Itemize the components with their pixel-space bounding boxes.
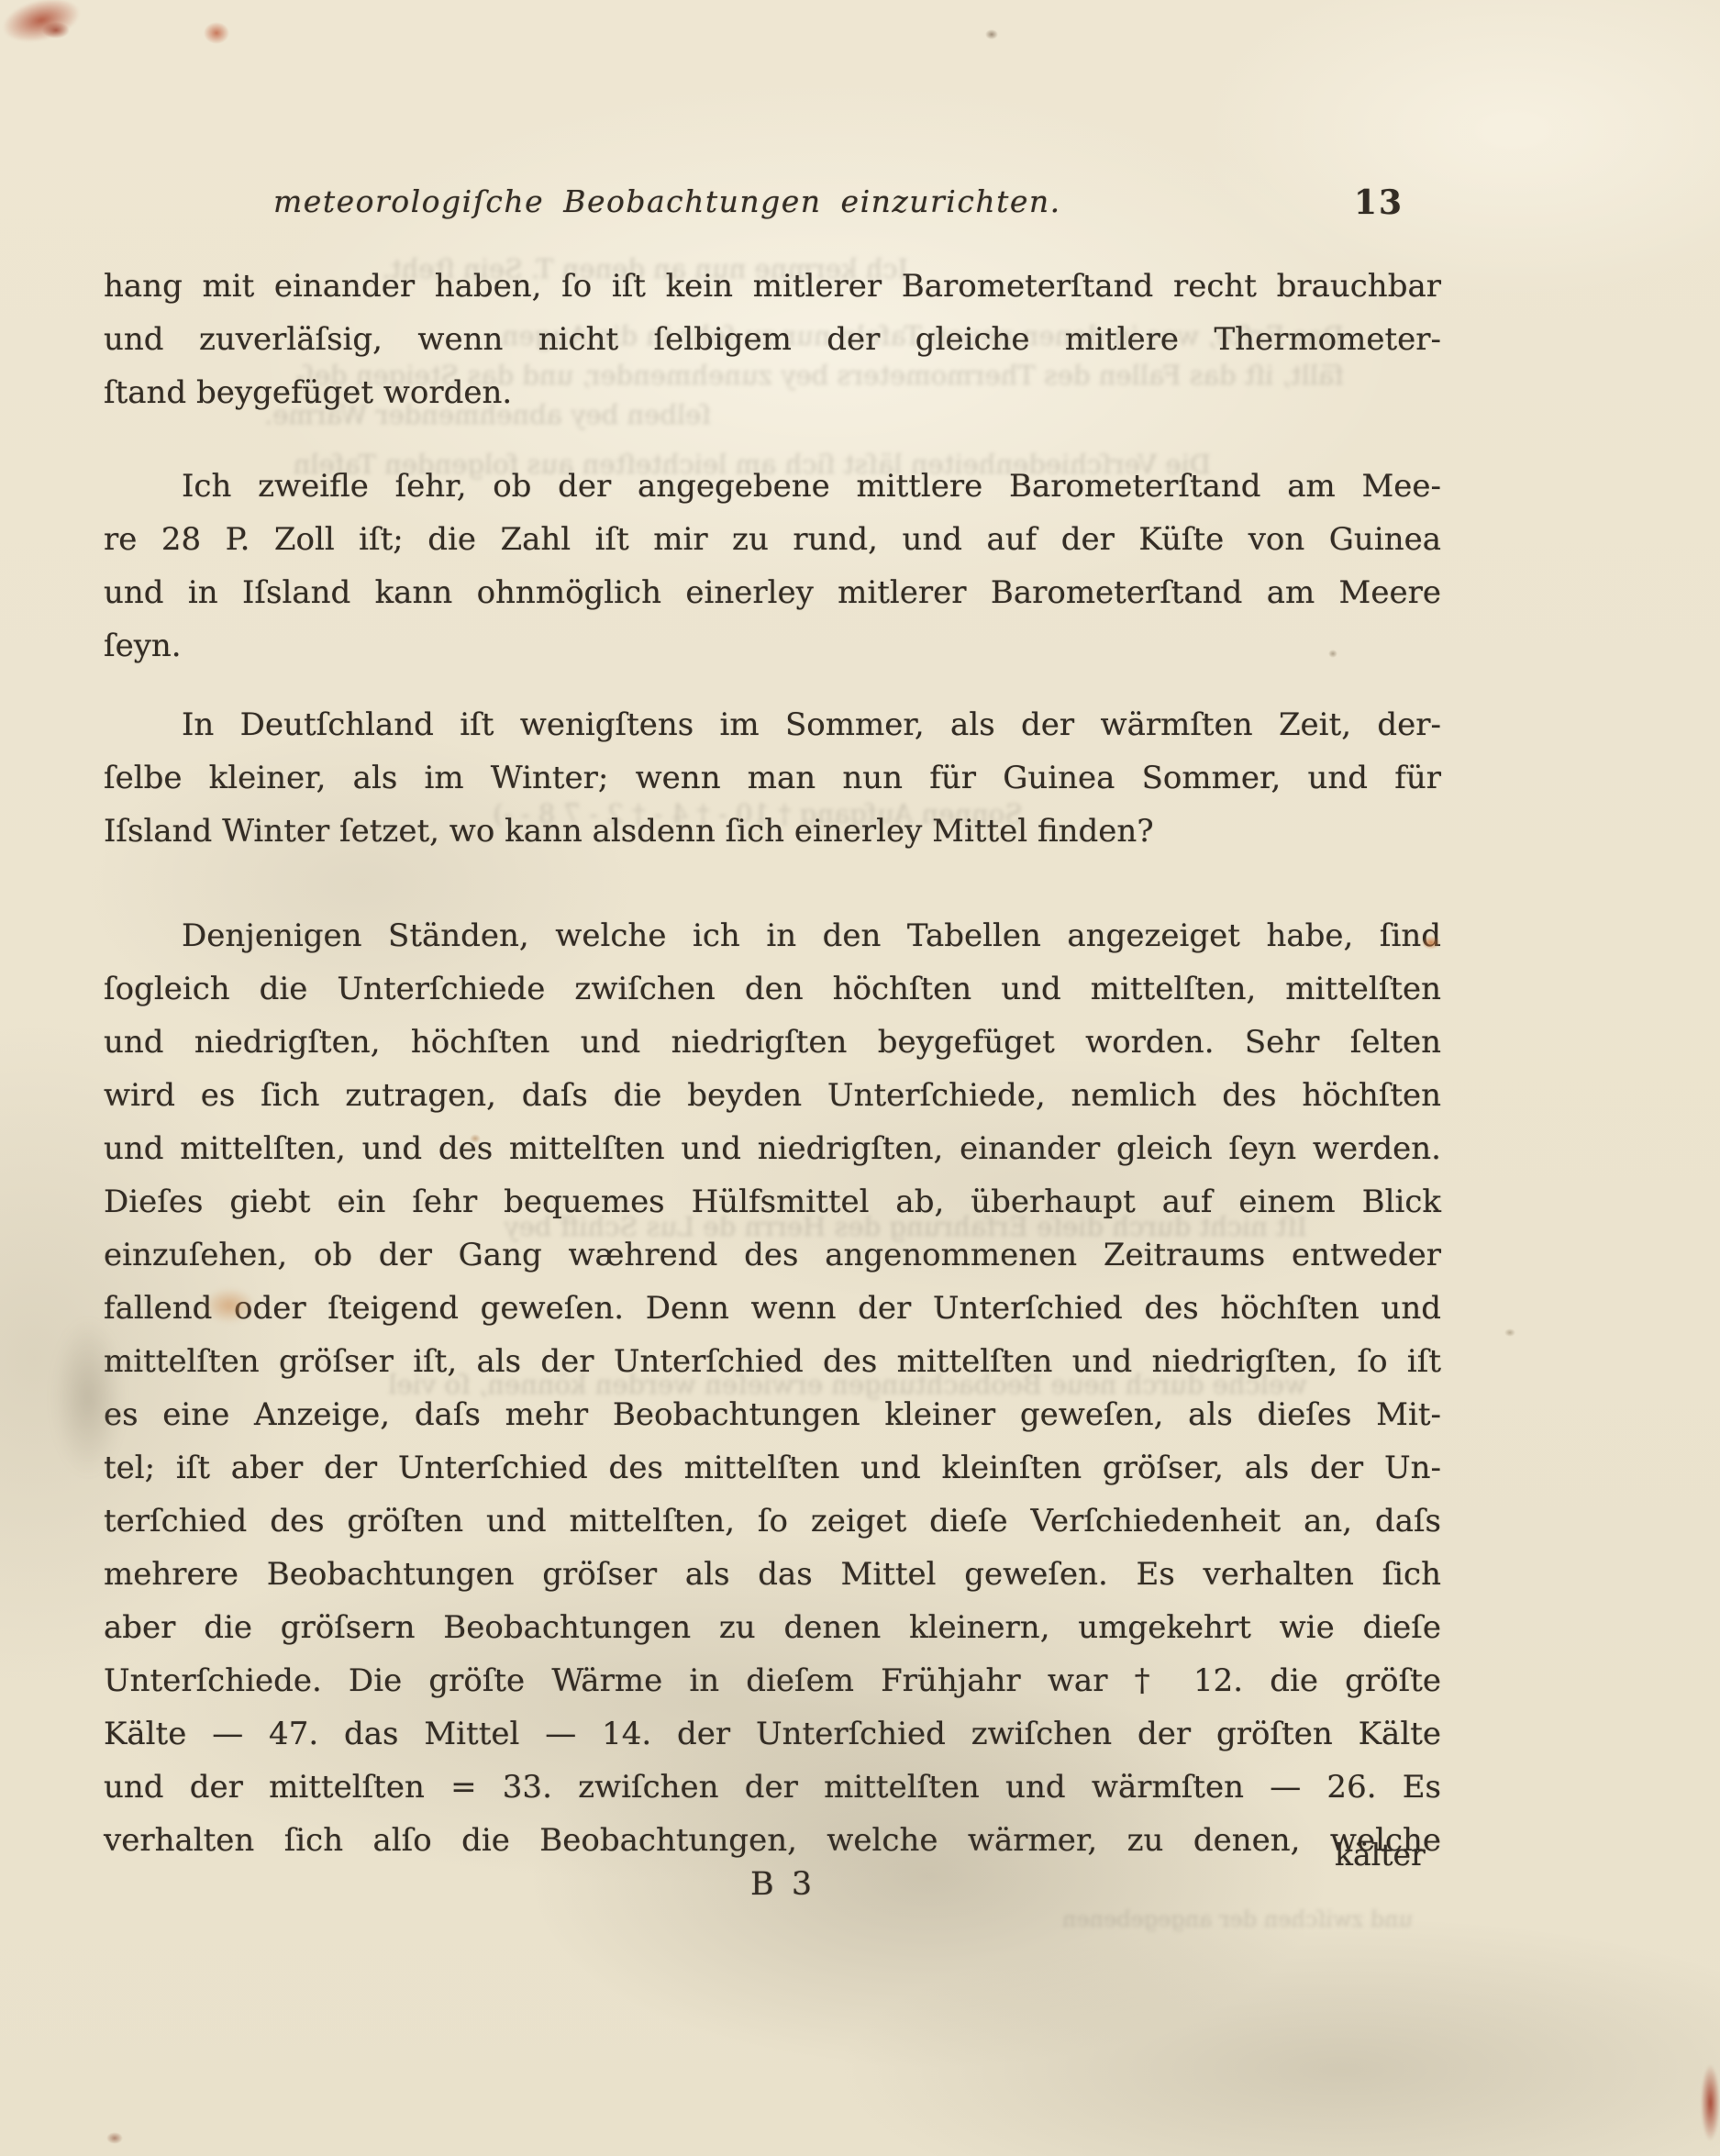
text-line: re 28 P. Zoll iſt; die Zahl iſt mir zu r…	[104, 513, 1441, 566]
text-line: tel; iſt aber der Unterſchied des mittel…	[104, 1441, 1441, 1495]
running-header: meteorologiſche Beobachtungen einzuricht…	[273, 183, 1099, 219]
stain	[42, 22, 70, 39]
text-line: In Deutſchland iſt wenigſtens im Sommer,…	[104, 698, 1441, 751]
catchword: kälter	[1335, 1837, 1445, 1873]
text-line: einzuſehen, ob der Gang wæhrend des ange…	[104, 1228, 1441, 1282]
text-line: Dieſes giebt ein ſehr bequemes Hülfsmitt…	[104, 1175, 1441, 1228]
bleedthrough-text: und zwiſchen der angegebenen	[936, 1906, 1413, 1932]
signature-mark: B 3	[750, 1866, 816, 1903]
stain	[1422, 936, 1440, 950]
text-line: mehrere Beobachtungen gröſser als das Mi…	[104, 1548, 1441, 1601]
text-line: hang mit einander haben, ſo iſt kein mit…	[104, 260, 1441, 313]
text-line: und zuverläſsig, wenn nicht ſelbigem der…	[104, 313, 1441, 366]
paragraph: hang mit einander haben, ſo iſt kein mit…	[104, 260, 1441, 419]
stain	[1328, 650, 1337, 658]
stain	[470, 1134, 481, 1143]
text-line: ſelbe kleiner, als im Winter; wenn man n…	[104, 751, 1441, 805]
page-number: 13	[1354, 183, 1404, 222]
text-line: Iſsland Winter ſetzet, wo kann alsdenn ſ…	[104, 805, 1441, 858]
stain	[985, 29, 998, 39]
text-line: fallend oder ſteigend geweſen. Denn wenn…	[104, 1282, 1441, 1335]
paragraph: Ich zweifle ſehr, ob der angegebene mitt…	[104, 460, 1441, 672]
text-line: Ich zweifle ſehr, ob der angegebene mitt…	[104, 460, 1441, 513]
stain	[0, 0, 84, 50]
text-line: verhalten ſich alſo die Beobachtungen, w…	[104, 1814, 1441, 1867]
stain	[106, 2132, 123, 2144]
stain	[204, 22, 229, 44]
text-line: terſchied des gröſten und mittelſten, ſo…	[104, 1495, 1441, 1548]
stain	[1701, 2064, 1720, 2141]
text-line: Denjenigen Ständen, welche ich in den Ta…	[104, 909, 1441, 962]
stain	[53, 1319, 123, 1475]
text-line: und in Iſsland kann ohnmöglich einerley …	[104, 566, 1441, 619]
text-line: und der mittelſten = 33. zwiſchen der mi…	[104, 1761, 1441, 1814]
text-line: und mittelſten, und des mittelſten und n…	[104, 1122, 1441, 1175]
text-line: es eine Anzeige, daſs mehr Beobachtungen…	[104, 1388, 1441, 1441]
paragraph: In Deutſchland iſt wenigſtens im Sommer,…	[104, 698, 1441, 858]
scanned-book-page: Ich kermne nun an denen T. Sein ſteht. D…	[0, 0, 1720, 2156]
text-line: ſeyn.	[104, 619, 1441, 672]
text-line: Unterſchiede. Die gröſte Wärme in dieſem…	[104, 1654, 1441, 1707]
text-line: und niedrigſten, höchſten und niedrigſte…	[104, 1016, 1441, 1069]
text-line: aber die gröſsern Beobachtungen zu denen…	[104, 1601, 1441, 1654]
text-line: ſogleich die Unterſchiede zwiſchen den h…	[104, 962, 1441, 1016]
paragraph: Denjenigen Ständen, welche ich in den Ta…	[104, 909, 1441, 1867]
text-line: Kälte — 47. das Mittel — 14. der Unterſc…	[104, 1707, 1441, 1761]
stain	[204, 1288, 255, 1323]
text-line: wird es ſich zutragen, daſs die beyden U…	[104, 1069, 1441, 1122]
text-line: ſtand beygefüget worden.	[104, 366, 1441, 419]
stain	[1504, 1328, 1515, 1337]
text-line: mittelſten gröſser iſt, als der Unterſch…	[104, 1335, 1441, 1388]
